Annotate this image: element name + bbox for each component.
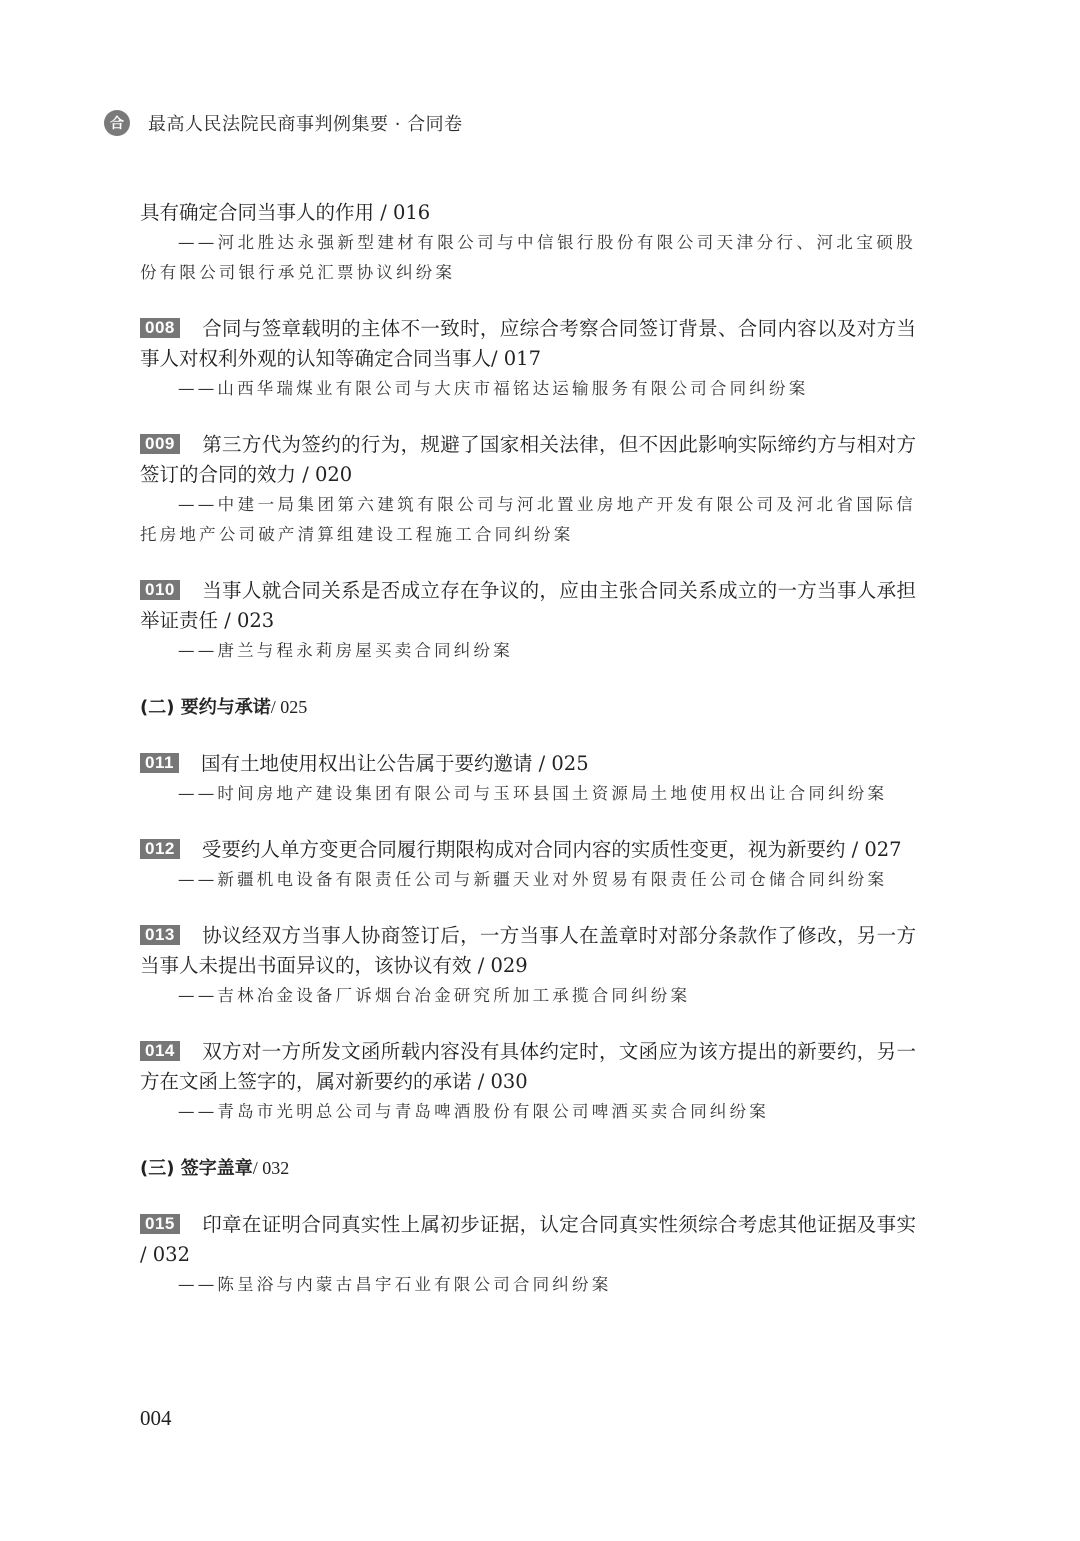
entry-title: 受要约人单方变更合同履行期限构成对合同内容的实质性变更，视为新要约 / 027 — [202, 838, 902, 861]
book-series-logo-icon: 合 — [104, 110, 130, 136]
entry-title: 合同与签章载明的主体不一致时，应综合考察合同签订背景、合同内容以及对方当事人对权… — [140, 317, 916, 370]
book-title: 最高人民法院民商事判例集要 · 合同卷 — [148, 110, 463, 136]
entry-title: 当事人就合同关系是否成立存在争议的，应由主张合同关系成立的一方当事人承担举证责任… — [140, 579, 916, 632]
entry-case-name: ——唐兰与程永莉房屋买卖合同纠纷案 — [140, 636, 916, 666]
entry-number-badge: 009 — [140, 434, 180, 454]
entry-number-badge: 012 — [140, 839, 180, 859]
toc-entry-014[interactable]: 014双方对一方所发文函所载内容没有具体约定时，文函应为该方提出的新要约，另一方… — [140, 1037, 916, 1127]
toc-entry-007-continued: 具有确定合同当事人的作用 / 016 ——河北胜达永强新型建材有限公司与中信银行… — [140, 198, 916, 288]
toc-entry-015[interactable]: 015印章在证明合同真实性上属初步证据，认定合同真实性须综合考虑其他证据及事实 … — [140, 1210, 916, 1300]
toc-entry-009[interactable]: 009第三方代为签约的行为，规避了国家相关法律，但不因此影响实际缔约方与相对方签… — [140, 430, 916, 550]
entry-case-name: ——河北胜达永强新型建材有限公司与中信银行股份有限公司天津分行、河北宝硕股份有限… — [140, 228, 916, 288]
entry-title: 具有确定合同当事人的作用 / 016 — [140, 198, 916, 228]
entry-case-name: ——吉林冶金设备厂诉烟台冶金研究所加工承揽合同纠纷案 — [140, 981, 916, 1011]
section-label: (三) 签字盖章 — [140, 1158, 253, 1179]
entry-number-badge: 008 — [140, 318, 180, 338]
entry-title: 协议经双方当事人协商签订后，一方当事人在盖章时对部分条款作了修改，另一方当事人未… — [140, 924, 916, 977]
running-header: 合 最高人民法院民商事判例集要 · 合同卷 — [104, 106, 463, 140]
section-page: / 032 — [253, 1158, 290, 1178]
toc-entry-010[interactable]: 010当事人就合同关系是否成立存在争议的，应由主张合同关系成立的一方当事人承担举… — [140, 576, 916, 666]
entry-title: 国有土地使用权出让公告属于要约邀请 / 025 — [201, 752, 589, 775]
section-label: (二) 要约与承诺 — [140, 697, 271, 718]
entry-case-name: ——山西华瑞煤业有限公司与大庆市福铭达运输服务有限公司合同纠纷案 — [140, 374, 916, 404]
entry-case-name: ——新疆机电设备有限责任公司与新疆天业对外贸易有限责任公司仓储合同纠纷案 — [140, 865, 916, 895]
entry-number-badge: 011 — [140, 753, 179, 773]
entry-case-name: ——陈呈浴与内蒙古昌宇石业有限公司合同纠纷案 — [140, 1270, 916, 1300]
section-page: / 025 — [271, 697, 308, 717]
toc-entry-013[interactable]: 013协议经双方当事人协商签订后，一方当事人在盖章时对部分条款作了修改，另一方当… — [140, 921, 916, 1011]
toc-entry-011[interactable]: 011国有土地使用权出让公告属于要约邀请 / 025 ——时间房地产建设集团有限… — [140, 749, 916, 809]
entry-case-name: ——时间房地产建设集团有限公司与玉环县国土资源局土地使用权出让合同纠纷案 — [140, 779, 916, 809]
entry-title: 双方对一方所发文函所载内容没有具体约定时，文函应为该方提出的新要约，另一方在文函… — [140, 1040, 916, 1093]
toc-entry-012[interactable]: 012受要约人单方变更合同履行期限构成对合同内容的实质性变更，视为新要约 / 0… — [140, 835, 916, 895]
entry-number-badge: 014 — [140, 1041, 180, 1061]
entry-case-name: ——中建一局集团第六建筑有限公司与河北置业房地产开发有限公司及河北省国际信托房地… — [140, 490, 916, 550]
entry-number-badge: 013 — [140, 925, 180, 945]
entry-title: 第三方代为签约的行为，规避了国家相关法律，但不因此影响实际缔约方与相对方签订的合… — [140, 433, 916, 486]
entry-title: 印章在证明合同真实性上属初步证据，认定合同真实性须综合考虑其他证据及事实 / 0… — [140, 1213, 916, 1266]
section-heading-offer-acceptance[interactable]: (二) 要约与承诺/ 025 — [140, 692, 916, 723]
section-heading-signature-seal[interactable]: (三) 签字盖章/ 032 — [140, 1153, 916, 1184]
entry-number-badge: 015 — [140, 1214, 180, 1234]
page-number: 004 — [140, 1406, 172, 1431]
toc-entry-008[interactable]: 008合同与签章载明的主体不一致时，应综合考察合同签订背景、合同内容以及对方当事… — [140, 314, 916, 404]
entry-case-name: ——青岛市光明总公司与青岛啤酒股份有限公司啤酒买卖合同纠纷案 — [140, 1097, 916, 1127]
table-of-contents: 具有确定合同当事人的作用 / 016 ——河北胜达永强新型建材有限公司与中信银行… — [140, 198, 916, 1326]
entry-number-badge: 010 — [140, 580, 180, 600]
